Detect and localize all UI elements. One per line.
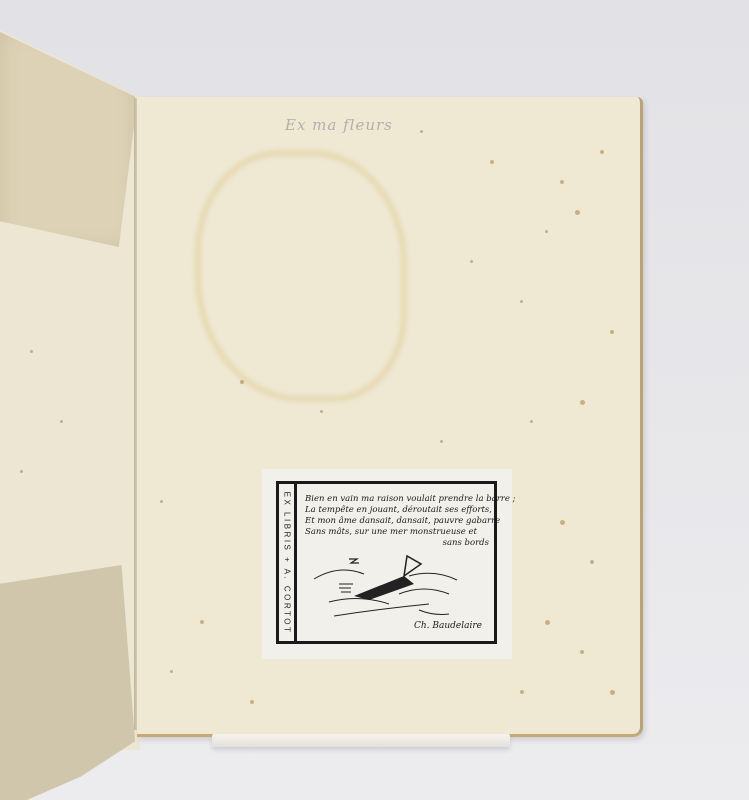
photo-scene: Ex ma fleurs EX LIBRIS + A. bbox=[0, 0, 749, 800]
book-stand bbox=[212, 734, 510, 747]
folded-flap-bottom bbox=[0, 565, 135, 800]
poem-line: sans bords bbox=[305, 538, 495, 549]
poem-line: Sans mâts, sur une mer monstrueuse et bbox=[305, 527, 495, 538]
bookplate-spine: EX LIBRIS + A. CORTOT bbox=[279, 484, 297, 641]
folded-flap-top bbox=[0, 32, 135, 247]
bookplate-owner-text: EX LIBRIS + A. CORTOT bbox=[282, 491, 291, 634]
boat-drawing-icon bbox=[309, 554, 459, 624]
poem-line: Et mon âme dansait, dansait, pauvre gaba… bbox=[305, 516, 495, 527]
faint-pencil-sketch bbox=[195, 150, 407, 402]
bookplate-frame: EX LIBRIS + A. CORTOT Bien en vain ma ra… bbox=[276, 481, 497, 644]
pencil-inscription: Ex ma fleurs bbox=[285, 116, 393, 134]
ex-libris-bookplate: EX LIBRIS + A. CORTOT Bien en vain ma ra… bbox=[262, 469, 512, 659]
poem-line: La tempête en jouant, déroutait ses effo… bbox=[305, 505, 495, 516]
bookplate-signature: Ch. Baudelaire bbox=[414, 621, 482, 631]
poem-line: Bien en vain ma raison voulait prendre l… bbox=[305, 494, 495, 505]
bookplate-poem: Bien en vain ma raison voulait prendre l… bbox=[305, 494, 495, 549]
